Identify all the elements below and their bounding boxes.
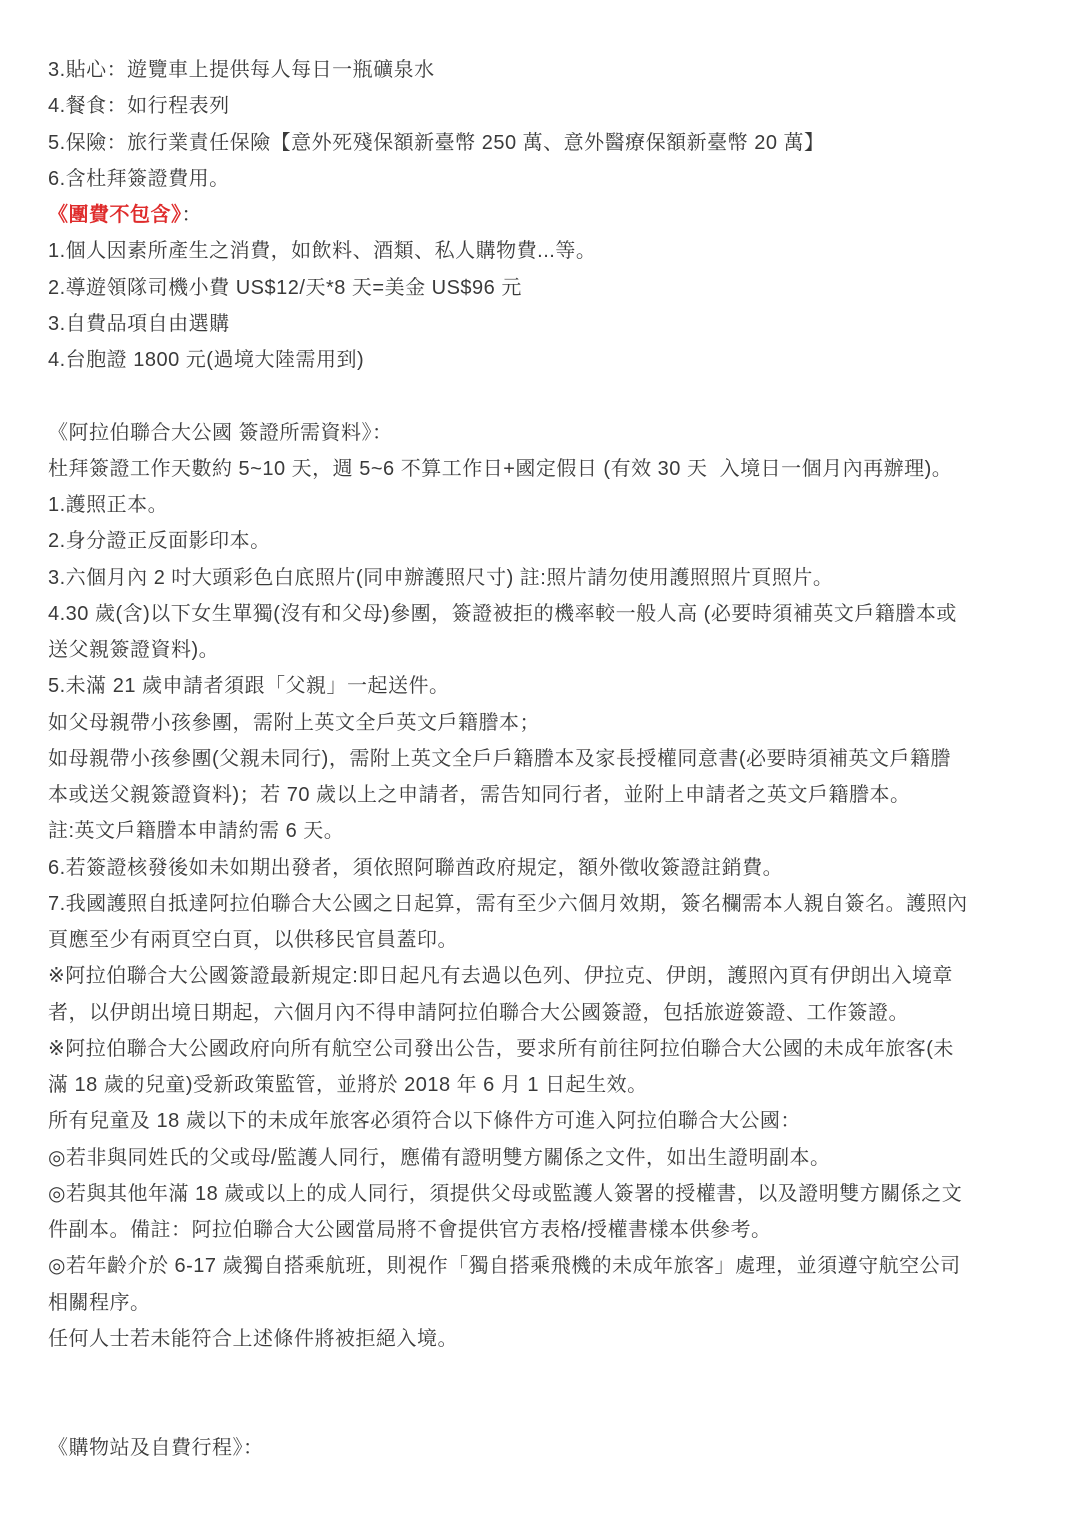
text-line: 如母親帶小孩參團(父親未同行)，需附上英文全戶戶籍謄本及家長授權同意書(必要時須… bbox=[48, 741, 1036, 777]
text-line: ◎若非與同姓氏的父或母/監護人同行，應備有證明雙方關係之文件，如出生證明副本。 bbox=[48, 1140, 1036, 1176]
text-line: 相關程序。 bbox=[48, 1285, 1036, 1321]
blank-line bbox=[48, 378, 1036, 414]
text-line: 所有兒童及 18 歲以下的未成年旅客必須符合以下條件方可進入阿拉伯聯合大公國： bbox=[48, 1103, 1036, 1139]
text-line: 本或送父親簽證資料)；若 70 歲以上之申請者，需告知同行者，並附上申請者之英文… bbox=[48, 777, 1036, 813]
text-line: 任何人士若未能符合上述條件將被拒絕入境。 bbox=[48, 1321, 1036, 1357]
text-line: 杜拜簽證工作天數約 5~10 天，週 5~6 不算工作日+國定假日 (有效 30… bbox=[48, 451, 1036, 487]
heading-tail-text: ： bbox=[182, 204, 203, 226]
text-line: 5.未滿 21 歲申請者須跟「父親」一起送件。 bbox=[48, 668, 1036, 704]
document-page: 3.貼心：遊覽車上提供每人每日一瓶礦泉水4.餐食：如行程表列5.保險：旅行業責任… bbox=[0, 0, 1076, 1521]
text-line: 《阿拉伯聯合大公國 簽證所需資料》： bbox=[48, 415, 1036, 451]
section-heading-line: 《團費不包含》： bbox=[48, 197, 1036, 233]
text-line: 6.含杜拜簽證費用。 bbox=[48, 161, 1036, 197]
blank-line bbox=[48, 1393, 1036, 1429]
text-line: ※阿拉伯聯合大公國簽證最新規定:即日起凡有去過以色列、伊拉克、伊朗，護照內頁有伊… bbox=[48, 958, 1036, 994]
text-line: 3.貼心：遊覽車上提供每人每日一瓶礦泉水 bbox=[48, 52, 1036, 88]
text-line: 3.六個月內 2 吋大頭彩色白底照片(同申辦護照尺寸) 註:照片請勿使用護照照片… bbox=[48, 560, 1036, 596]
red-heading-text: 《團費不包含》 bbox=[48, 204, 182, 226]
text-line: 《購物站及自費行程》： bbox=[48, 1430, 1036, 1466]
text-line: ◎若與其他年滿 18 歲或以上的成人同行，須提供父母或監護人簽署的授權書，以及證… bbox=[48, 1176, 1036, 1212]
text-line: 件副本。備註：阿拉伯聯合大公國當局將不會提供官方表格/授權書樣本供參考。 bbox=[48, 1212, 1036, 1248]
text-line: 1.護照正本。 bbox=[48, 487, 1036, 523]
text-line: 註:英文戶籍謄本申請約需 6 天。 bbox=[48, 813, 1036, 849]
text-line: 滿 18 歲的兒童)受新政策監管，並將於 2018 年 6 月 1 日起生效。 bbox=[48, 1067, 1036, 1103]
text-line: 者，以伊朗出境日期起，六個月內不得申請阿拉伯聯合大公國簽證，包括旅遊簽證、工作簽… bbox=[48, 995, 1036, 1031]
text-line: 2.身分證正反面影印本。 bbox=[48, 523, 1036, 559]
text-line: 5.保險：旅行業責任保險【意外死殘保額新臺幣 250 萬、意外醫療保額新臺幣 2… bbox=[48, 125, 1036, 161]
text-line: 7.我國護照自抵達阿拉伯聯合大公國之日起算，需有至少六個月效期，簽名欄需本人親自… bbox=[48, 886, 1036, 922]
text-line: 4.30 歲(含)以下女生單獨(沒有和父母)參團，簽證被拒的機率較一般人高 (必… bbox=[48, 596, 1036, 632]
text-line: 頁應至少有兩頁空白頁，以供移民官員蓋印。 bbox=[48, 922, 1036, 958]
text-line: ◎若年齡介於 6-17 歲獨自搭乘航班，則視作「獨自搭乘飛機的未成年旅客」處理，… bbox=[48, 1248, 1036, 1284]
text-line: 2.導遊領隊司機小費 US$12/天*8 天=美金 US$96 元 bbox=[48, 270, 1036, 306]
document-body: 3.貼心：遊覽車上提供每人每日一瓶礦泉水4.餐食：如行程表列5.保險：旅行業責任… bbox=[48, 52, 1036, 1466]
blank-line bbox=[48, 1357, 1036, 1393]
text-line: 3.自費品項自由選購 bbox=[48, 306, 1036, 342]
text-line: 4.台胞證 1800 元(過境大陸需用到) bbox=[48, 342, 1036, 378]
text-line: 如父母親帶小孩參團，需附上英文全戶英文戶籍謄本； bbox=[48, 705, 1036, 741]
text-line: 1.個人因素所產生之消費，如飲料、酒類、私人購物費...等。 bbox=[48, 233, 1036, 269]
text-line: 4.餐食：如行程表列 bbox=[48, 88, 1036, 124]
text-line: 6.若簽證核發後如未如期出發者，須依照阿聯酋政府規定，額外徵收簽證註銷費。 bbox=[48, 850, 1036, 886]
text-line: 送父親簽證資料)。 bbox=[48, 632, 1036, 668]
text-line: ※阿拉伯聯合大公國政府向所有航空公司發出公告，要求所有前往阿拉伯聯合大公國的未成… bbox=[48, 1031, 1036, 1067]
